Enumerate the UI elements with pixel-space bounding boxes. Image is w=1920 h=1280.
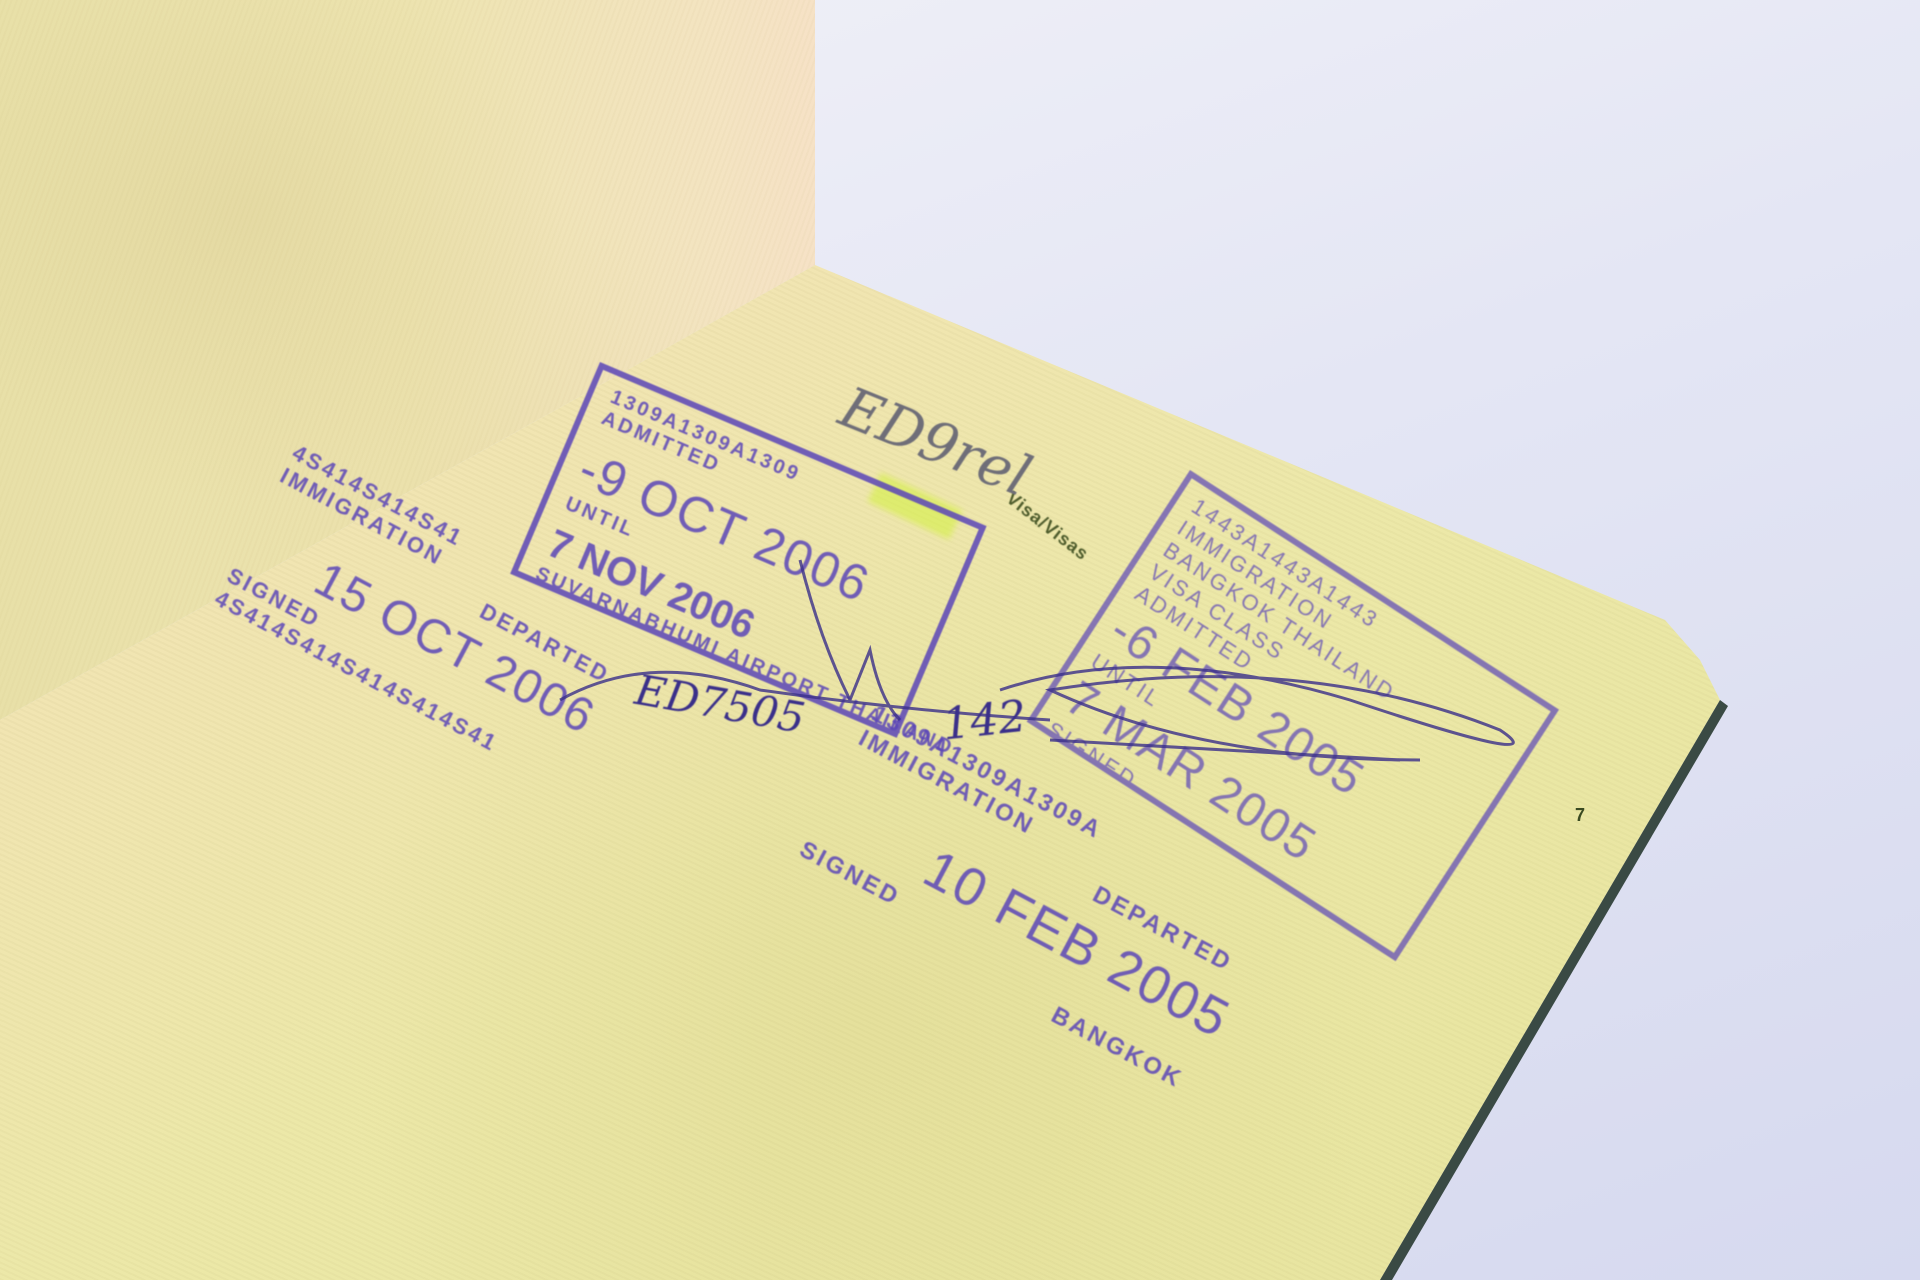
passport-page-number: 7 xyxy=(1575,805,1585,826)
signature-scribbles xyxy=(0,0,1920,1280)
passport-photo: 1309A1309A1309 ADMITTED -9 OCT 2006 UNTI… xyxy=(0,0,1920,1280)
